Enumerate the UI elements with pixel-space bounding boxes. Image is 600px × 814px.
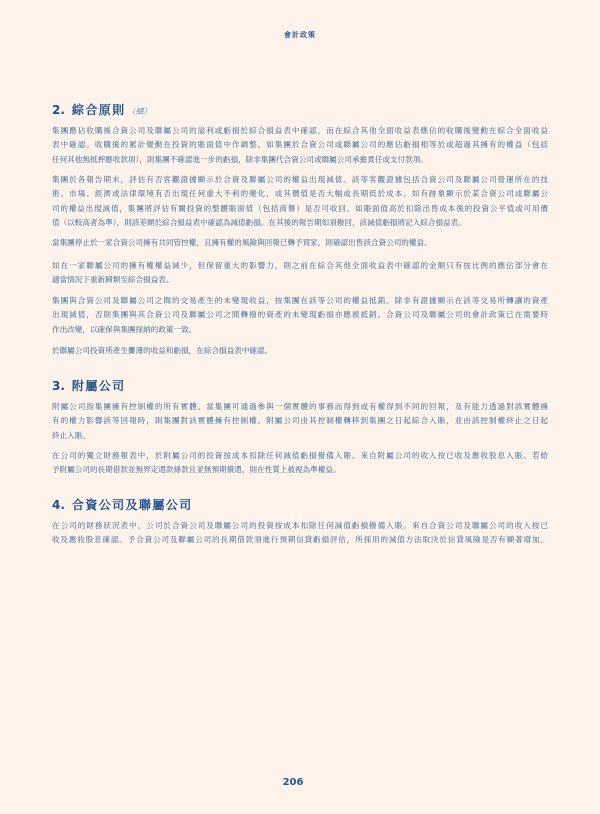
text-line: 收及應收股息確認。予合資公司及聯屬公司的長期借款須進行預期信貸虧損評估，所採用的…	[52, 533, 548, 547]
paragraph: 如在一家聯屬公司的擁有權權益減少，但保留重大的影響力，則之前在綜合其他全面收益表…	[52, 259, 548, 288]
text-line: 如在一家聯屬公司的擁有權權益減少，但保留重大的影響力，則之前在綜合其他全面收益表…	[52, 259, 548, 273]
text-line: 集團應佔收購後合資公司及聯屬公司的溢利或虧損於綜合損益表中確認，而在綜合其他全面…	[52, 124, 548, 138]
section-heading-2: 2.綜合原則（續）	[52, 102, 152, 120]
paragraph: 於聯屬公司投資所產生攤薄的收益和虧損，在綜合損益表中確認。	[52, 344, 548, 358]
text-line: 值（以較高者為準），則該差額於綜合損益表中確認為減值虧損。在其後的報告期如須撥回…	[52, 216, 548, 230]
text-line: 司的權益出現減值，集團將評估有關投資的整體賬面值（包括商譽）是否可收回。如賬面值…	[52, 202, 548, 216]
section-title: 合資公司及聯屬公司	[72, 498, 193, 512]
section-title: 綜合原則	[72, 103, 126, 117]
text-line: 有的權力影響該等回報時，則集團對該實體擁有控制權。附屬公司由其控制權轉移到集團之…	[52, 414, 548, 428]
text-line: 術、市場、經濟或法律環境有否出現任何重大不利的變化，或其價值是否大幅或長期低於成…	[52, 187, 548, 201]
page-header: 會計政策	[0, 30, 600, 40]
text-line: 集團與合資公司及聯屬公司之間的交易產生的未變現收益，按集團在該等公司的權益抵銷。…	[52, 294, 548, 308]
page-number: 206	[0, 777, 586, 788]
section-heading-3: 3.附屬公司	[52, 378, 126, 394]
section-heading-4: 4.合資公司及聯屬公司	[52, 497, 193, 513]
text-line: 當集團停止於一家合資公司擁有共同管控權，且擁有權的風險與回報已轉予買家，則確認出…	[52, 236, 548, 250]
continued-label: （續）	[128, 107, 152, 116]
section-title: 附屬公司	[72, 379, 126, 393]
paragraph: 集團於各報告期末，評估有否客觀證據顯示於合資及聯屬公司的權益出現減值。該等客觀證…	[52, 173, 548, 231]
text-line: 作出改變，以確保與集團採納的政策一致。	[52, 323, 548, 337]
section-number: 2.	[52, 103, 65, 117]
paragraph: 在公司的獨立財務報表中，於附屬公司的投資按成本扣除任何減值虧損撥備入賬。來自附屬…	[52, 449, 548, 478]
paragraph: 附屬公司指集團擁有控制權的所有實體。當集團可通過參與一個實體的事務而得到或有權得…	[52, 400, 548, 443]
section-number: 4.	[52, 498, 65, 512]
paragraph: 集團與合資公司及聯屬公司之間的交易產生的未變現收益，按集團在該等公司的權益抵銷。…	[52, 294, 548, 337]
text-line: 適當情況下重新歸類至綜合損益表。	[52, 273, 548, 287]
paragraph: 在公司的財務狀況表中，公司於合資公司及聯屬公司的投資按成本扣除任何減值虧損撥備入…	[52, 519, 548, 548]
text-line: 在公司的財務狀況表中，公司於合資公司及聯屬公司的投資按成本扣除任何減值虧損撥備入…	[52, 519, 548, 533]
paragraph: 集團應佔收購後合資公司及聯屬公司的溢利或虧損於綜合損益表中確認，而在綜合其他全面…	[52, 124, 548, 167]
text-line: 集團於各報告期末，評估有否客觀證據顯示於合資及聯屬公司的權益出現減值。該等客觀證…	[52, 173, 548, 187]
text-line: 表中確認。收購後的累計變動在投資的賬面值中作調整。如集團於合資公司或聯屬公司的應…	[52, 138, 548, 152]
paragraph: 當集團停止於一家合資公司擁有共同管控權，且擁有權的風險與回報已轉予買家，則確認出…	[52, 236, 548, 250]
text-line: 予附屬公司的長期借款並無界定還款條款且並無預期償還，則在性質上被視為準權益。	[52, 463, 548, 477]
text-line: 任何其他無抵押應收款項），則集團不確認進一步的虧損，除非集團代合資公司或聯屬公司…	[52, 153, 548, 167]
text-line: 出現減值，否則集團與其合資公司及聯屬公司之間轉撥的資產的未變現虧損亦應被抵銷。合…	[52, 308, 548, 322]
section-number: 3.	[52, 379, 65, 393]
text-line: 終止入賬。	[52, 429, 548, 443]
text-line: 於聯屬公司投資所產生攤薄的收益和虧損，在綜合損益表中確認。	[52, 344, 548, 358]
text-line: 附屬公司指集團擁有控制權的所有實體。當集團可通過參與一個實體的事務而得到或有權得…	[52, 400, 548, 414]
text-line: 在公司的獨立財務報表中，於附屬公司的投資按成本扣除任何減值虧損撥備入賬。來自附屬…	[52, 449, 548, 463]
